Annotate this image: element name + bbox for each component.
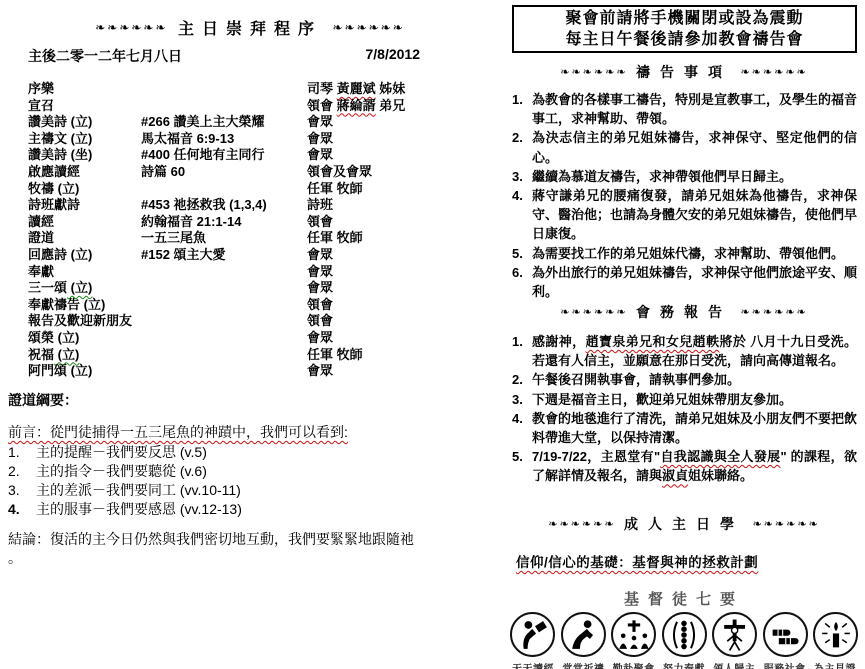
prayer-section-title: 禱告事項 (636, 64, 732, 80)
sermon-point: 4. 主的服事－我們要感恩 (vv.12-13) (8, 500, 493, 519)
item-posture: (立) (54, 347, 79, 362)
program-who: 會眾 (307, 131, 490, 148)
point-text: 主的服事－我們要感恩 (vv.12-13) (36, 500, 493, 519)
report-item: 1. 感謝神，趙寶泉弟兄和女兒趙軼將於 八月十九日受洗。若還有人信主，並願意在那… (512, 332, 857, 370)
program-content (141, 81, 307, 98)
page-title: 主日崇拜程序 (178, 21, 322, 38)
program-item: 啟應讀經 (28, 164, 141, 181)
sermon-intro: 前言：從門徒捕得一五三尾魚的神蹟中，我們可以看到: (8, 423, 493, 442)
program-item: 頌榮 (立) (28, 330, 141, 347)
program-item: 牧禱 (立) (28, 181, 141, 198)
course-name-marked: 自我認識與全人發展 (660, 449, 780, 464)
prayer-item: 1. 為教會的各樣事工禱告，特別是宣教事工，及學生的福音事工，求神幫助、帶領。 (512, 90, 857, 128)
item-posture: (立) (67, 280, 92, 295)
program-content: #152 頌主大愛 (141, 247, 307, 264)
sermon-point: 2. 主的指令－我們要聽從 (v.6) (8, 462, 493, 481)
sunday-school-topic: 信仰/信心的基礎：基督與神的拯救計劃 (516, 551, 758, 571)
program-who: 會眾 (307, 247, 490, 264)
item-number: 2. (512, 370, 532, 389)
program-who: 會眾 (307, 147, 490, 164)
item-text: 感謝神，趙寶泉弟兄和女兒趙軼將於 八月十九日受洗。若還有人信主，並願意在那日受洗… (532, 332, 857, 370)
who-title: 弟兄 (376, 98, 406, 113)
sermon-outline-heading: 證道綱要： (8, 390, 493, 410)
item-number: 1. (512, 332, 532, 370)
seven-essentials-icons (510, 612, 858, 657)
program-who: 會眾 (307, 363, 490, 380)
program-row: 讚美詩 (立) #266 讚美上主大榮耀 會眾 (28, 114, 490, 131)
report-item: 5. 7/19-7/22，主恩堂有"自我認識與全人發展" 的課程，欲了解詳情及報… (512, 447, 857, 485)
program-row: 回應詩 (立) #152 頌主大愛 會眾 (28, 247, 490, 264)
program-content (141, 313, 307, 330)
sunday-school-section-title: 成人主日學 (624, 516, 744, 532)
program-content: 一五三尾魚 (141, 230, 307, 247)
report-item: 4. 教會的地毯進行了清洗，請弟兄姐妹及小朋友們不要把飲料帶進大堂，以保持清潔。 (512, 409, 857, 447)
program-content (141, 347, 307, 364)
date-chinese: 主後二零一二年七月八日 (28, 46, 182, 66)
essential-label: 領人歸主 (711, 660, 757, 669)
item-text: 為需要找工作的弟兄姐妹代禱，求神幫助、帶領他們。 (532, 244, 857, 263)
who-title: 姊妹 (376, 81, 406, 96)
program-who: 領會 蔣綸諝 弟兄 (307, 98, 490, 115)
program-item: 序樂 (28, 81, 141, 98)
program-content: 詩篇 60 (141, 164, 307, 181)
program-item: 報告及歡迎新朋友 (28, 313, 141, 330)
program-row: 序樂 司琴 黃麗斌 姊妹 (28, 81, 490, 98)
item-number: 1. (512, 90, 532, 128)
who-name: 黃麗斌 (337, 81, 376, 96)
item-text: 祝福 (28, 347, 54, 362)
point-text: 主的提醒－我們要反思 (v.5) (36, 443, 493, 462)
report-item: 2. 午餐後召開執事會，請執事們參加。 (512, 370, 857, 389)
item-number: 3. (512, 167, 532, 186)
program-row: 宣召 領會 蔣綸諝 弟兄 (28, 98, 490, 115)
report-section-header: ❧❧❧❧❧❧ 會務報告 ❧❧❧❧❧❧ (510, 302, 858, 322)
program-row: 啟應讀經 詩篇 60 領會及會眾 (28, 164, 490, 181)
constant-prayer-icon (561, 612, 606, 657)
notice-line-1: 聚會前請將手機關閉或設為震動 (514, 8, 855, 29)
ornament-right-icon: ❧❧❧❧❧❧ (332, 21, 404, 35)
ornament-right-icon: ❧❧❧❧❧❧ (740, 307, 807, 319)
item-number: 5. (512, 447, 532, 485)
program-content: #400 任何地有主同行 (141, 147, 307, 164)
program-content (141, 280, 307, 297)
program-who: 會眾 (307, 264, 490, 281)
program-content (141, 181, 307, 198)
program-row: 阿門頌 (立) 會眾 (28, 363, 490, 380)
essential-label: 天天讀經 (510, 660, 556, 669)
item-text: 三一頌 (28, 280, 67, 295)
program-item: 讚美詩 (坐) (28, 147, 141, 164)
item-number: 6. (512, 263, 532, 301)
program-item: 證道 (28, 230, 141, 247)
program-item: 讀經 (28, 214, 141, 231)
item-number: 5. (512, 244, 532, 263)
witness-for-christ-icon (813, 612, 858, 657)
daily-bible-reading-icon (510, 612, 555, 657)
sermon-conclusion-period: 。 (8, 549, 493, 568)
program-item: 奉獻禱告 (立) (28, 297, 141, 314)
item-text: 下週是福音主日，歡迎弟兄姐妹帶朋友參加。 (532, 390, 857, 409)
who-name: 蔣綸諝 (337, 98, 376, 113)
program-who: 會眾 (307, 280, 490, 297)
seven-essentials-title: 基督徒七要 (510, 588, 858, 609)
point-number: 1. (8, 443, 36, 462)
worship-program-table: 序樂 司琴 黃麗斌 姊妹 宣召 領會 蔣綸諝 弟兄 讚美詩 (立) #266 讚… (28, 81, 490, 380)
prayer-item: 6. 為外出旅行的弟兄姐妹禱告，求神保守他們旅途平安、順利。 (512, 263, 857, 301)
program-content (141, 98, 307, 115)
worship-program-title-row: ❧❧❧❧❧❧ 主日崇拜程序 ❧❧❧❧❧❧ (0, 16, 500, 39)
prayer-list: 1. 為教會的各樣事工禱告，特別是宣教事工，及學生的福音事工，求神幫助、帶領。 … (512, 90, 857, 301)
program-who: 領會 (307, 214, 490, 231)
program-content: #453 祂拯救我 (1,3,4) (141, 197, 307, 214)
sermon-point: 1. 主的提醒－我們要反思 (v.5) (8, 443, 493, 462)
prayer-item: 3. 繼續為慕道友禱告，求神帶領他們早日歸主。 (512, 167, 857, 186)
program-who: 領會及會眾 (307, 164, 490, 181)
prayer-item: 5. 為需要找工作的弟兄姐妹代禱，求神幫助、帶領他們。 (512, 244, 857, 263)
sermon-conclusion: 結論：復活的主今日仍然與我們密切地互動，我們要緊緊地跟隨祂 (8, 530, 493, 549)
lead-people-to-christ-icon (712, 612, 757, 657)
program-content (141, 363, 307, 380)
sermon-point: 3. 主的差派－我們要同工 (vv.10-11) (8, 481, 493, 500)
point-text: 主的指令－我們要聽從 (v.6) (36, 462, 493, 481)
prayer-item: 2. 為決志信主的弟兄姐妹禱告，求神保守、堅定他們的信心。 (512, 128, 857, 166)
program-row: 三一頌 (立) 會眾 (28, 280, 490, 297)
program-content (141, 297, 307, 314)
christian-seven-essentials: 基督徒七要 (510, 588, 858, 669)
item-text: 繼續為慕道友禱告，求神帶領他們早日歸主。 (532, 167, 857, 186)
essential-label: 服務社會 (762, 660, 808, 669)
program-row: 奉獻 會眾 (28, 264, 490, 281)
who-role: 領會 (307, 98, 337, 113)
program-row: 讚美詩 (坐) #400 任何地有主同行 會眾 (28, 147, 490, 164)
program-row: 牧禱 (立) 任軍 牧師 (28, 181, 490, 198)
program-item: 回應詩 (立) (28, 247, 141, 264)
sermon-points: 1. 主的提醒－我們要反思 (v.5) 2. 主的指令－我們要聽從 (v.6) … (8, 443, 493, 519)
ornament-left-icon: ❧❧❧❧❧❧ (95, 21, 167, 35)
who-role: 司琴 (307, 81, 337, 96)
program-who: 會眾 (307, 114, 490, 131)
point-number: 3. (8, 481, 36, 500)
program-item: 三一頌 (立) (28, 280, 141, 297)
program-item: 讚美詩 (立) (28, 114, 141, 131)
item-text: 為決志信主的弟兄姐妹禱告，求神保守、堅定他們的信心。 (532, 128, 857, 166)
date-numeric: 7/8/2012 (366, 46, 421, 66)
report-list: 1. 感謝神，趙寶泉弟兄和女兒趙軼將於 八月十九日受洗。若還有人信主，並願意在那… (512, 332, 857, 486)
item-number: 2. (512, 128, 532, 166)
ornament-right-icon: ❧❧❧❧❧❧ (752, 519, 819, 531)
item-text: 為教會的各樣事工禱告，特別是宣教事工，及學生的福音事工，求神幫助、帶領。 (532, 90, 857, 128)
report-item: 3. 下週是福音主日，歡迎弟兄姐妹帶朋友參加。 (512, 390, 857, 409)
notice-line-2: 每主日午餐後請參加教會禱告會 (514, 29, 855, 50)
essential-label: 常常祈禱 (560, 660, 606, 669)
item-text: 蔣守謙弟兄的腰痛復發，請弟兄姐妹為他禱告，求神保守、醫治他；也請為身體欠安的弟兄… (532, 186, 857, 244)
program-row: 頌榮 (立) 會眾 (28, 330, 490, 347)
item-number: 3. (512, 390, 532, 409)
seven-essentials-labels: 天天讀經 常常祈禱 勤赴聚會 努力奉獻 領人歸主 服務社會 為主見證 (510, 660, 858, 669)
program-who: 任軍 牧師 (307, 181, 490, 198)
sermon-outline: 證道綱要： 前言：從門徒捕得一五三尾魚的神蹟中，我們可以看到: 1. 主的提醒－… (8, 390, 493, 568)
ornament-left-icon: ❧❧❧❧❧❧ (560, 307, 627, 319)
ornament-right-icon: ❧❧❧❧❧❧ (740, 67, 807, 79)
contact-name-marked: 淑貞 (662, 468, 688, 483)
essential-label: 努力奉獻 (661, 660, 707, 669)
prayer-section-header: ❧❧❧❧❧❧ 禱告事項 ❧❧❧❧❧❧ (510, 62, 858, 82)
program-row: 證道 一五三尾魚 任軍 牧師 (28, 230, 490, 247)
program-content (141, 330, 307, 347)
item-number: 4. (512, 186, 532, 244)
program-who: 詩班 (307, 197, 490, 214)
program-row: 主禱文 (立) 馬太福音 6:9-13 會眾 (28, 131, 490, 148)
point-text: 主的差派－我們要同工 (vv.10-11) (36, 481, 493, 500)
program-row: 祝福 (立) 任軍 牧師 (28, 347, 490, 364)
notice-box: 聚會前請將手機關閉或設為震動 每主日午餐後請參加教會禱告會 (512, 5, 857, 53)
program-item: 詩班獻詩 (28, 197, 141, 214)
program-who: 領會 (307, 313, 490, 330)
program-row: 報告及歡迎新朋友 領會 (28, 313, 490, 330)
program-item: 阿門頌 (立) (28, 363, 141, 380)
point-number: 2. (8, 462, 36, 481)
diligent-offering-icon (662, 612, 707, 657)
program-who: 任軍 牧師 (307, 347, 490, 364)
program-item: 宣召 (28, 98, 141, 115)
ornament-left-icon: ❧❧❧❧❧❧ (548, 519, 615, 531)
text-part: 感謝神， (532, 334, 586, 349)
date-row: 主後二零一二年七月八日 7/8/2012 (28, 46, 420, 66)
essential-label: 為主見證 (812, 660, 858, 669)
essential-label: 勤赴聚會 (611, 660, 657, 669)
program-item: 奉獻 (28, 264, 141, 281)
program-who: 司琴 黃麗斌 姊妹 (307, 81, 490, 98)
item-text: 為外出旅行的弟兄姐妹禱告，求神保守他們旅途平安、順利。 (532, 263, 857, 301)
program-content: 約翰福音 21:1-14 (141, 214, 307, 231)
program-item: 主禱文 (立) (28, 131, 141, 148)
item-number: 4. (512, 409, 532, 447)
program-content: 馬太福音 6:9-13 (141, 131, 307, 148)
names-marked: 趙寶泉弟兄和女兒趙軼 (586, 334, 720, 349)
item-text: 教會的地毯進行了清洗，請弟兄姐妹及小朋友們不要把飲料帶進大堂，以保持清潔。 (532, 409, 857, 447)
text-part: 7/19-7/22，主恩堂有" (532, 449, 660, 464)
prayer-item: 4. 蔣守謙弟兄的腰痛復發，請弟兄姐妹為他禱告，求神保守、醫治他；也請為身體欠安… (512, 186, 857, 244)
program-content (141, 264, 307, 281)
item-text: 7/19-7/22，主恩堂有"自我認識與全人發展" 的課程，欲了解詳情及報名，請… (532, 447, 857, 485)
attend-gatherings-icon (611, 612, 656, 657)
point-number: 4. (8, 500, 36, 519)
program-who: 任軍 牧師 (307, 230, 490, 247)
text-part: 姐妹聯絡。 (688, 468, 753, 483)
serve-society-icon (763, 612, 808, 657)
program-row: 奉獻禱告 (立) 領會 (28, 297, 490, 314)
program-who: 會眾 (307, 330, 490, 347)
program-item: 祝福 (立) (28, 347, 141, 364)
program-content: #266 讚美上主大榮耀 (141, 114, 307, 131)
program-who: 領會 (307, 297, 490, 314)
program-row: 讀經 約翰福音 21:1-14 領會 (28, 214, 490, 231)
report-section-title: 會務報告 (636, 304, 732, 320)
item-text: 午餐後召開執事會，請執事們參加。 (532, 370, 857, 389)
sunday-school-section-header: ❧❧❧❧❧❧ 成人主日學 ❧❧❧❧❧❧ (510, 514, 858, 534)
ornament-left-icon: ❧❧❧❧❧❧ (560, 67, 627, 79)
program-row: 詩班獻詩 #453 祂拯救我 (1,3,4) 詩班 (28, 197, 490, 214)
